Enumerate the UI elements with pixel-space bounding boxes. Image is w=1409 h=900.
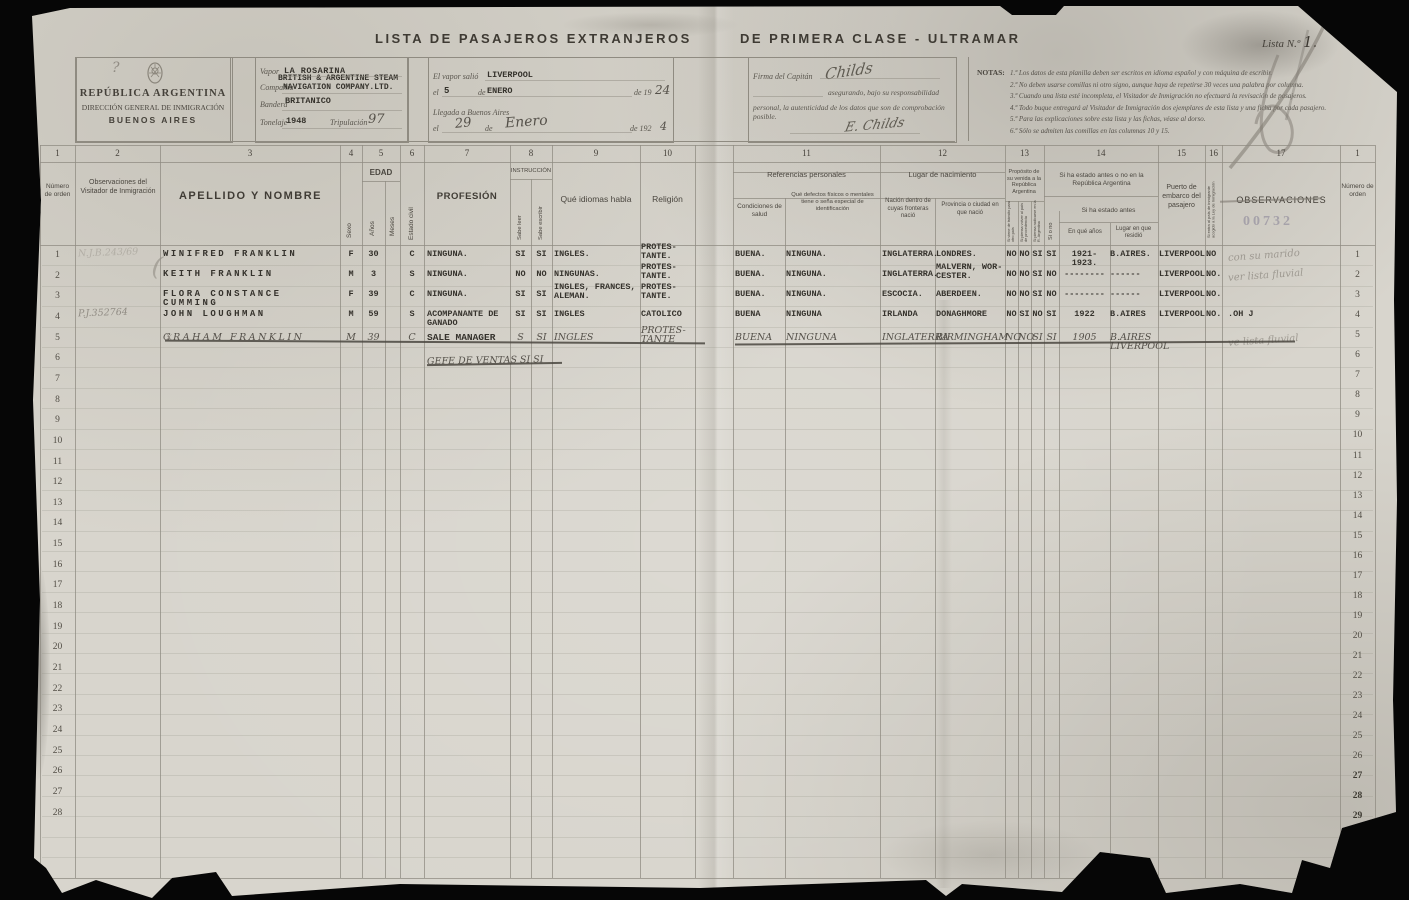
grid-line [880,145,881,878]
grid-line [1059,222,1158,223]
left-order-10: 10 [40,436,75,446]
cell-p1-row3: NO [1005,290,1018,299]
row-rule [42,571,1373,572]
header-estado-antes: Si ha estado antes o no en la República … [1048,172,1155,188]
left-order-3: 3 [40,291,75,301]
left-order-19: 19 [40,622,75,632]
cell-anos_antes-row1: 1921-1923. [1060,250,1109,268]
header-numero: Número de orden [42,183,73,199]
cell-anos_antes-row2: -------- [1060,270,1109,279]
header-prop-sub1: Si viene de tránsito para otro país [1007,200,1015,242]
cell-estado-row1: C [400,250,424,259]
header-edad: EDAD [362,168,400,177]
grid-line [40,878,1375,879]
row-rule [42,796,1373,797]
row-rule [42,367,1373,368]
cell-religion-row3: PROTES- TANTE. [641,283,695,301]
cell-p3-row4: NO [1031,310,1044,319]
cell-leer-row3: SI [510,290,531,299]
row-rule [42,816,1373,817]
cell-sino-row3: NO [1044,290,1059,299]
cell-p3-row5: SI [1031,333,1044,342]
ano2-value: 4 [660,120,667,133]
grid-line [40,145,1375,146]
obs-note-row2: ver lista fluvial [1228,266,1338,283]
grid-line [40,162,1375,163]
header-provincia: Provincia o ciudad en que nació [937,202,1003,217]
grid-line [75,145,76,878]
cell-estado-row4: S [400,310,424,319]
cell-name-row2: KEITH FRANKLIN [163,270,339,279]
left-order-9: 9 [40,415,75,425]
row-rule [42,653,1373,654]
header-ley: Si entra al país de inmigrante acogido a… [1207,172,1216,238]
row-rule [42,286,1373,287]
left-order-4: 4 [40,312,75,322]
left-order-15: 15 [40,539,75,549]
cell-prof-row1: NINGUNA. [427,250,509,259]
header-observaciones-visitador: Observaciones del Visitador de Inmigraci… [79,178,157,196]
mes-value: ENERO [487,86,513,96]
salio-label: El vapor salió [433,72,478,81]
right-order-13: 13 [1340,491,1375,501]
row-rule [42,347,1373,348]
row-rule [42,694,1373,695]
cell-salud-row1: BUENA. [735,250,785,259]
cell-anos-row3: 39 [362,290,385,299]
right-order-1: 1 [1340,250,1375,260]
grid-line [695,145,696,878]
right-order-4: 4 [1340,310,1375,320]
header-puerto: Puerto de embarco del pasajero [1159,183,1204,210]
cell-p3-row2: SI [1031,270,1044,279]
tripulacion-label: Tripulación [330,118,367,127]
de19-label: de 19 [634,88,652,97]
cell-lugar_antes-row4: B.AIRES [1110,310,1158,319]
cell-defectos-row2: NINGUNA. [786,270,878,279]
cell-ley-row1: NO [1206,250,1222,259]
row-rule [42,612,1373,613]
cell-lugar_antes-row1: B.AIRES. [1110,250,1158,259]
grid-line [552,145,553,878]
left-order-27: 27 [40,787,75,797]
row-rule [42,388,1373,389]
cell-leer-row2: NO [510,270,531,279]
cell-anos-row2: 3 [362,270,385,279]
header-lugar-nacimiento: Lugar de nacimiento [882,170,1003,179]
notas-label: NOTAS: [977,68,1005,77]
cell-p1-row1: NO [1005,250,1018,259]
cell-defectos-row5: NINGUNA [786,333,878,342]
obs-note-row5: ve lista fluvial [1228,331,1338,348]
grid-line [733,145,734,878]
cell-sino-row4: SI [1044,310,1059,319]
header-prop-sub3: Si piensa radicarse en la R. Argentina [1033,200,1041,242]
stamp-number: 00732 [1243,214,1293,230]
left-order-11: 11 [40,457,75,467]
cell-name-row1: WINIFRED FRANKLIN [163,250,339,259]
col-number-15: 15 [1158,148,1205,158]
cell-sexo-row2: M [340,270,362,279]
cell-idiomas-row4: INGLES [554,310,640,319]
right-order-14: 14 [1340,511,1375,521]
cell-escribir-row4: SI [531,310,552,319]
row-rule [42,755,1373,756]
cell-provincia-row3: ABERDEEN. [936,290,1004,299]
stain-bottom-center [880,820,1100,890]
cell-nacion-row5: INGLATERRA [882,333,934,342]
left-order-26: 26 [40,766,75,776]
row-rule [42,714,1373,715]
row-rule [42,633,1373,634]
left-order-12: 12 [40,477,75,487]
left-order-21: 21 [40,663,75,673]
cell-p2-row3: NO [1018,290,1031,299]
row-rule [42,490,1373,491]
row-rule [42,469,1373,470]
mes2-value: Enero [504,113,548,132]
cell-sexo-row4: M [340,310,362,319]
el2-label: el [433,124,439,133]
cell-idiomas-row5: INGLES [554,333,640,342]
cell-name-row3: FLORA CONSTANCE CUMMING [163,290,339,308]
left-order-28: 28 [40,808,75,818]
cell-escribir-row2: NO [531,270,552,279]
cell-estado-row2: S [400,270,424,279]
left-order-6: 6 [40,353,75,363]
cell-anos_antes-row4: 1922 [1060,310,1109,319]
right-order-2: 2 [1340,270,1375,280]
right-order-9: 9 [1340,410,1375,420]
cell-sino-row5: SI [1044,333,1059,342]
row-rule [42,735,1373,736]
bandera-value: BRITANICO [285,96,331,106]
tonelaje-value: 1948 [286,116,306,126]
row-rule [42,510,1373,511]
cell-provincia-row4: DONAGHMORE [936,310,1004,319]
cell-salud-row5: BUENA [735,333,785,342]
header-sabe-leer: Sabe leer [516,194,525,240]
header-sexo: Sexo [345,198,354,238]
el-label: el [433,88,439,97]
right-order-16: 16 [1340,551,1375,561]
right-order-19: 19 [1340,611,1375,621]
tonelaje-label: Tonelaje [260,118,287,127]
cell-defectos-row4: NINGUNA [786,310,878,319]
cell-defectos-row1: NINGUNA. [786,250,878,259]
row-rule [42,531,1373,532]
right-order-10: 10 [1340,430,1375,440]
obs-note-row4: .OH J [1228,310,1338,319]
cell-puerto-row1: LIVERPOOL. [1159,250,1205,259]
bandera-label: Bandera [260,100,288,109]
right-order-21: 21 [1340,651,1375,661]
salio-value: LIVERPOOL [487,70,533,80]
col-number-4: 4 [340,148,362,158]
header-defectos: Qué defectos físicos o mentales tiene o … [787,192,878,213]
row-rule [42,551,1373,552]
captain-line2: asegurando, bajo su responsabilidad [828,88,939,97]
row-rule [42,408,1373,409]
row-rule [42,592,1373,593]
org-line3: BUENOS AIRES [78,115,228,125]
grid-line [531,179,532,878]
col-number-16: 16 [1205,148,1222,158]
cell-puerto-row2: LIVERPOOL. [1159,270,1205,279]
col-number-6: 6 [400,148,424,158]
left-order-8: 8 [40,395,75,405]
cell-salud-row4: BUENA [735,310,785,319]
col-number-11: 11 [733,148,880,158]
left-order-23: 23 [40,704,75,714]
cell-lugar_antes-row3: ------ [1110,290,1158,299]
tripulacion-value: 97 [368,112,385,127]
cell-nacion-row4: IRLANDA [882,310,934,319]
cell-puerto-row3: LIVERPOOL. [1159,290,1205,299]
cell-prof-row3: NINGUNA. [427,290,509,299]
col-number-13: 13 [1005,148,1044,158]
left-order-14: 14 [40,518,75,528]
cell-nacion-row2: INGLATERRA. [882,270,934,279]
vapor-label: Vapor [260,67,279,76]
grid-line [424,145,425,878]
org-line2: DIRECCIÓN GENERAL DE INMIGRACIÓN [78,103,228,112]
cell-idiomas-row3: INGLES, FRANCES, ALEMAN. [554,283,640,301]
cell-p1-row5: NO [1005,333,1018,342]
cell-ley-row4: NO. [1206,310,1222,319]
header-prop-sub2: Si piensa volver al país de procedencia [1020,200,1028,242]
argentina-seal-icon [144,61,166,85]
cell-escribir-row1: SI [531,250,552,259]
right-order-23: 23 [1340,691,1375,701]
cell-p2-row2: NO [1018,270,1031,279]
header-instruccion: INSTRUCCIÓN [508,167,554,176]
grid-line [362,181,400,182]
header-numero-2: Número de orden [1341,183,1374,199]
cell-puerto-row4: LIVERPOOL [1159,310,1205,319]
cell-p2-row4: SI [1018,310,1031,319]
cell-salud-row3: BUENA. [735,290,785,299]
grid-line [1044,196,1158,197]
cell-prof-row4: ACOMPANANTE DE GANADO [427,310,509,328]
cell-sexo-row1: F [340,250,362,259]
right-order-27: 27 [1340,771,1375,781]
cell-provincia-row5: BIRMINGHAM [936,333,1004,342]
cell-idiomas-row1: INGLES. [554,250,640,259]
header-apellido: APELLIDO Y NOMBRE [163,192,338,201]
right-order-29: 29 [1340,811,1375,821]
dia-value: 5 [444,86,449,96]
right-order-3: 3 [1340,290,1375,300]
ano-value: 24 [655,83,670,97]
cell-leer-row4: SI [510,310,531,319]
col-number-17: 17 [1222,148,1340,158]
cell-sexo-row3: F [340,290,362,299]
grid-line [40,245,1375,246]
left-order-22: 22 [40,684,75,694]
header-ha-estado: Si ha estado antes [1061,206,1156,215]
left-order-13: 13 [40,498,75,508]
cell-p1-row2: NO [1005,270,1018,279]
cell-lugar_antes-row2: ------ [1110,270,1158,279]
right-order-20: 20 [1340,631,1375,641]
row-rule [42,449,1373,450]
cell-salud-row2: BUENA. [735,270,785,279]
header-sabe-escribir: Sabe escribir [537,194,546,240]
left-order-5: 5 [40,333,75,343]
right-order-17: 17 [1340,571,1375,581]
header-si-o-no: Sí o no [1047,204,1056,240]
left-order-24: 24 [40,725,75,735]
cell-sino-row2: NO [1044,270,1059,279]
captain-line3: personal, la autenticidad de los datos q… [753,103,953,121]
firma-label: Firma del Capitán [753,72,813,81]
right-order-5: 5 [1340,330,1375,340]
col-number-12: 12 [880,148,1005,158]
left-order-20: 20 [40,642,75,652]
pencil-question-mark: ? [112,60,120,76]
cell-religion-row4: CATOLICO [641,310,695,319]
left-order-1: 1 [40,250,75,260]
cell-p2-row1: NO [1018,250,1031,259]
cell-idiomas-row2: NINGUNAS. [554,270,640,279]
col-number-2: 2 [75,148,160,158]
cell-prof-row2: NINGUNA. [427,270,509,279]
col-number-8: 8 [510,148,552,158]
right-order-11: 11 [1340,451,1375,461]
cell-p2-row5: NO [1018,333,1031,342]
col-number-14: 14 [1044,148,1158,158]
right-order-25: 25 [1340,731,1375,741]
de192-label: de 192 [630,124,652,133]
cell-nacion-row3: ESCOCIA. [882,290,934,299]
right-order-18: 18 [1340,591,1375,601]
cell-anos-row4: 59 [362,310,385,319]
page-title-left: LISTA DE PASAJEROS EXTRANJEROS [375,31,692,46]
right-order-6: 6 [1340,350,1375,360]
cell-religion-row2: PROTES- TANTE. [641,263,695,281]
cell-anos-row1: 30 [362,250,385,259]
grid-line [510,179,552,180]
right-order-28: 28 [1340,791,1375,801]
row-rule [42,857,1373,858]
grid-line [1222,145,1223,878]
col-number-18: 1 [1340,148,1375,158]
header-lugar-residio: Lugar en que residió [1111,226,1156,240]
cell-religion-row1: PROTES- TANTE. [641,243,695,261]
header-cond-salud: Condiciones de salud [736,203,783,219]
left-order-17: 17 [40,580,75,590]
cell-name-row4: JOHN LOUGHMAN [163,310,339,319]
right-order-22: 22 [1340,671,1375,681]
obs-note-row1: con su marido [1228,246,1338,263]
left-order-18: 18 [40,601,75,611]
cell-sino-row1: SI [1044,250,1059,259]
left-order-16: 16 [40,560,75,570]
pencil-obs-row1: N.J.B.243/69 [78,247,158,259]
row-rule [42,673,1373,674]
header-referencias: Referencias personales [735,170,878,179]
right-order-15: 15 [1340,531,1375,541]
header-nacion: Nación dentro de cuyas fronteras nació [883,198,933,221]
dia2-value: 29 [454,115,472,132]
cell-provincia-row1: LONDRES. [936,250,1004,259]
paper-sheet: LISTA DE PASAJEROS EXTRANJEROS DE PRIMER… [0,0,1409,900]
col-number-10: 10 [640,148,695,158]
right-order-26: 26 [1340,751,1375,761]
right-order-12: 12 [1340,471,1375,481]
grid-line [1018,201,1019,878]
col-number-1: 1 [40,148,75,158]
page-title-right: DE PRIMERA CLASE - ULTRAMAR [740,31,1021,46]
cell-defectos-row3: NINGUNA. [786,290,878,299]
left-order-2: 2 [40,271,75,281]
header-anos: Años [368,196,377,236]
cell-estado-row3: C [400,290,424,299]
compania-value2: NAVIGATION COMPANY.LTD. [283,83,393,92]
cell-anos_antes-row3: -------- [1060,290,1109,299]
col-number-7: 7 [424,148,510,158]
pencil-obs-row4: P.J.352764 [78,307,158,319]
cell-escribir-row3: SI [531,290,552,299]
right-order-8: 8 [1340,390,1375,400]
row-rule [42,327,1373,328]
row-rule [42,429,1373,430]
cell-ley-row2: NO. [1206,270,1222,279]
header-profesion: PROFESIÓN [427,192,507,201]
row-rule [42,775,1373,776]
right-order-24: 24 [1340,711,1375,721]
cell-p3-row3: SI [1031,290,1044,299]
cell-nacion-row1: INGLATERRA. [882,250,934,259]
header-proposito: Propósito de su venida a la República Ar… [1005,169,1043,195]
cell-p1-row4: NO [1005,310,1018,319]
org-line1: REPÚBLICA ARGENTINA [78,88,228,99]
header-en-que-anos: En qué años [1062,228,1108,237]
col-number-5: 5 [362,148,400,158]
row-rule [42,837,1373,838]
header-religion: Religión [641,195,694,204]
left-order-25: 25 [40,746,75,756]
grid-line [1375,145,1376,878]
scanned-passenger-list-page: LISTA DE PASAJEROS EXTRANJEROS DE PRIMER… [0,0,1409,900]
cell-ley-row3: NO. [1206,290,1222,299]
left-order-7: 7 [40,374,75,384]
row-rule [42,265,1373,266]
right-order-7: 7 [1340,370,1375,380]
col-number-9: 9 [552,148,640,158]
grid-line [1031,201,1032,878]
cell-provincia-row2: MALVERN, WOR- CESTER. [936,263,1004,281]
header-idiomas: Qué idiomas habla [554,195,638,204]
header-estado-civil: Estado civil [407,192,416,240]
cell-leer-row1: SI [510,250,531,259]
cell-p3-row1: SI [1031,250,1044,259]
col-number-3: 3 [160,148,340,158]
header-meses: Meses [388,196,397,236]
